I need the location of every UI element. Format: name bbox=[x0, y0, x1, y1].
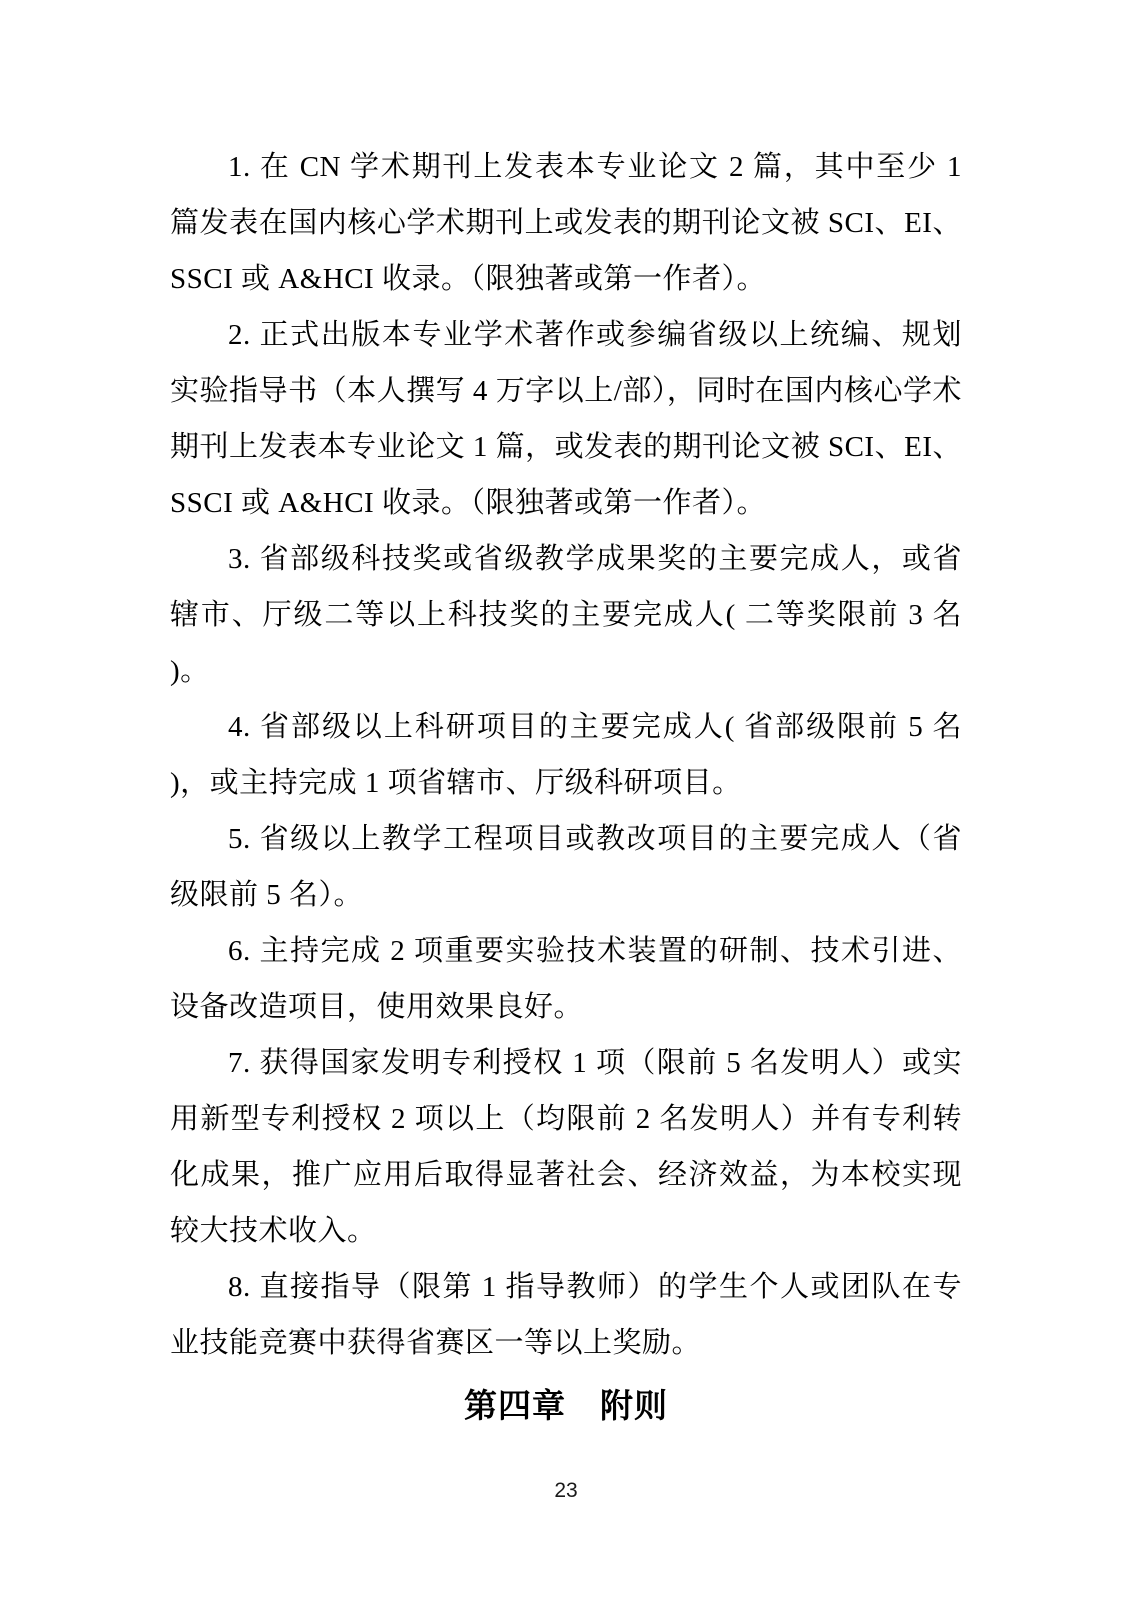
document-body: 1. 在 CN 学术期刊上发表本专业论文 2 篇，其中至少 1 篇发表在国内核心… bbox=[170, 139, 962, 1435]
paragraph-item-8: 8. 直接指导（限第 1 指导教师）的学生个人或团队在专业技能竞赛中获得省赛区一… bbox=[170, 1259, 962, 1371]
paragraph-item-1: 1. 在 CN 学术期刊上发表本专业论文 2 篇，其中至少 1 篇发表在国内核心… bbox=[170, 139, 962, 307]
paragraph-item-6: 6. 主持完成 2 项重要实验技术装置的研制、技术引进、设备改造项目，使用效果良… bbox=[170, 923, 962, 1035]
document-page: 1. 在 CN 学术期刊上发表本专业论文 2 篇，其中至少 1 篇发表在国内核心… bbox=[0, 0, 1132, 1600]
paragraph-item-3: 3. 省部级科技奖或省级教学成果奖的主要完成人，或省辖市、厅级二等以上科技奖的主… bbox=[170, 531, 962, 699]
paragraph-item-5: 5. 省级以上教学工程项目或教改项目的主要完成人（省级限前 5 名）。 bbox=[170, 811, 962, 923]
page-number: 23 bbox=[0, 1478, 1132, 1504]
paragraph-item-4: 4. 省部级以上科研项目的主要完成人( 省部级限前 5 名 )，或主持完成 1 … bbox=[170, 699, 962, 811]
paragraph-item-7: 7. 获得国家发明专利授权 1 项（限前 5 名发明人）或实用新型专利授权 2 … bbox=[170, 1035, 962, 1259]
paragraph-item-2: 2. 正式出版本专业学术著作或参编省级以上统编、规划实验指导书（本人撰写 4 万… bbox=[170, 307, 962, 531]
chapter-heading: 第四章 附则 bbox=[170, 1377, 962, 1435]
